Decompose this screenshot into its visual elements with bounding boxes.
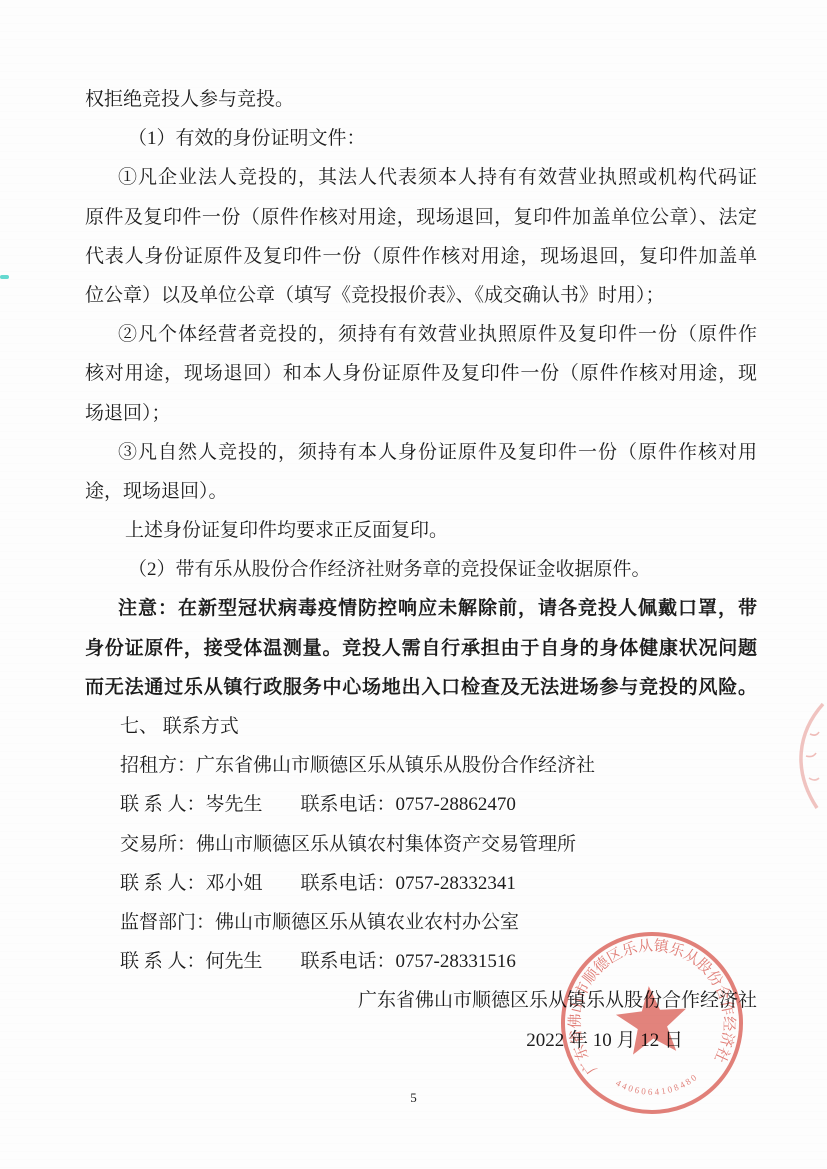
text-line: 途，现场退回）。: [85, 472, 757, 511]
text-line: 联 系 人：邓小姐 联系电话：0757-28332341: [85, 864, 757, 903]
text-line: 而无法通过乐从镇行政服务中心场地出入口检查及无法进场参与竞投的风险。: [85, 668, 757, 707]
text-line: 交易所：佛山市顺德区乐从镇农村集体资产交易管理所: [85, 825, 757, 864]
text-line: （2）带有乐从股份合作经济社财务章的竞投保证金收据原件。: [85, 550, 757, 589]
seal-code-text: 4406064108480: [613, 1071, 701, 1101]
text-line: 招租方：广东省佛山市顺德区乐从镇乐从股份合作经济社: [85, 746, 757, 785]
partial-seal-fragment: [786, 698, 827, 813]
text-line: 代表人身份证原件及复印件一份（原件作核对用途，现场退回，复印件加盖单: [85, 237, 757, 276]
text-line: ①凡企业法人竞投的，其法人代表须本人持有有效营业执照或机构代码证: [85, 158, 757, 197]
official-seal-graphic: 广东省佛山市顺德区乐从镇乐从股份合作经济社 4406064108480: [557, 928, 747, 1118]
text-line: 身份证原件，接受体温测量。竞投人需自行承担由于自身的身体健康状况问题: [85, 629, 757, 668]
text-line: 核对用途，现场退回）和本人身份证原件及复印件一份（原件作核对用途，现: [85, 354, 757, 393]
text-line: 注意：在新型冠状病毒疫情防控响应未解除前，请各竞投人佩戴口罩，带: [85, 589, 757, 628]
partial-seal-arc: [786, 698, 827, 813]
document-body: 权拒绝竞投人参与竞投。（1）有效的身份证明文件：①凡企业法人竞投的，其法人代表须…: [85, 80, 757, 1060]
text-line: 场退回）；: [85, 394, 757, 433]
text-line: ③凡自然人竞投的，须持有本人身份证原件及复印件一份（原件作核对用: [85, 433, 757, 472]
scan-artifact-mark: [0, 275, 9, 279]
document-page: 权拒绝竞投人参与竞投。（1）有效的身份证明文件：①凡企业法人竞投的，其法人代表须…: [0, 0, 827, 1169]
text-line: 联 系 人：岑先生 联系电话：0757-28862470: [85, 785, 757, 824]
text-line: 原件及复印件一份（原件作核对用途，现场退回，复印件加盖单位公章）、法定: [85, 198, 757, 237]
seal-star-icon: [614, 983, 690, 1056]
text-line: ②凡个体经营者竞投的，须持有有效营业执照原件及复印件一份（原件作: [85, 315, 757, 354]
text-line: （1）有效的身份证明文件：: [85, 119, 757, 158]
body-lines-container: 权拒绝竞投人参与竞投。（1）有效的身份证明文件：①凡企业法人竞投的，其法人代表须…: [85, 80, 757, 981]
text-line: 权拒绝竞投人参与竞投。: [85, 80, 757, 119]
svg-text:4406064108480: 4406064108480: [613, 1071, 701, 1101]
text-line: 上述身份证复印件均要求正反面复印。: [85, 511, 757, 550]
official-seal: 广东省佛山市顺德区乐从镇乐从股份合作经济社 4406064108480: [557, 928, 747, 1118]
text-line: 位公章）以及单位公章（填写《竞投报价表》、《成交确认书》时用）；: [85, 276, 757, 315]
text-line: 七、 联系方式: [85, 707, 757, 746]
